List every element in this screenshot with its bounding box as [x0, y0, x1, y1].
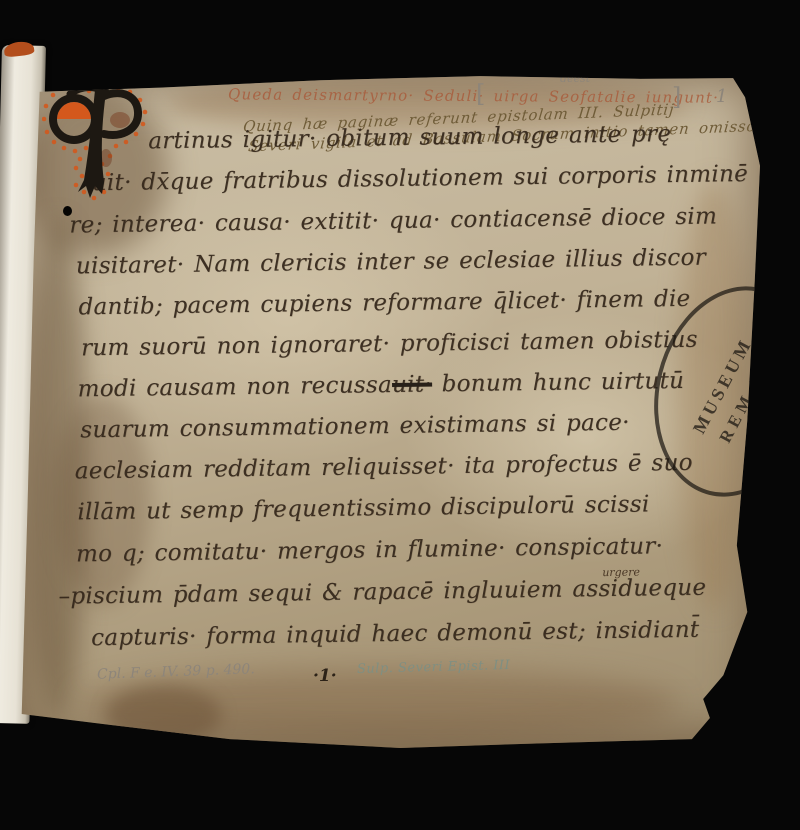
manuscript-line-with-strikethrough: modi causam non recussauit· bonum hunc u… — [78, 369, 685, 403]
manuscript-photo: deest Queda deismartyrno· Seduli· uirga … — [0, 0, 800, 830]
manuscript-line: –piscium p̄dam sequi & rapacē ingluuiem … — [58, 576, 706, 610]
manuscript-line: capturis· forma inquid haec demonū est; … — [91, 618, 700, 652]
manuscript-line: uit· dx̄que fratribus dissolutionem sui … — [92, 162, 749, 196]
manuscript-line: rum suorū non ignoraret· proficisci tame… — [81, 328, 698, 362]
manuscript-line: re; interea· causa· extitit· qua· contia… — [69, 204, 717, 238]
line-segment: modi causam non recussa — [78, 372, 393, 402]
struck-text: uit· — [392, 371, 432, 398]
illuminated-initial-M: M — [42, 86, 154, 206]
brown-smudge — [110, 112, 130, 128]
manuscript-line: artinus igitur· obitum suum longe ante p… — [148, 122, 671, 155]
parchment-page: deest Queda deismartyrno· Seduli· uirga … — [18, 70, 766, 750]
museum-stamp-text: MUSEUM REM EN — [689, 333, 781, 449]
footer-page-mark: ·1· — [313, 666, 337, 686]
interlinear-gloss: urgere — [602, 566, 640, 580]
manuscript-line: dantib; pacem cupiens reformare q̄licet·… — [78, 287, 690, 321]
manuscript-line: uisitaret· Nam clericis inter se eclesia… — [76, 246, 706, 280]
wormhole — [63, 206, 72, 216]
manuscript-line: illām ut semp frequentissimo discipulorū… — [77, 492, 650, 525]
manuscript-line: mo q; comitatu· mergos in flumine· consp… — [76, 534, 664, 567]
manuscript-line: suarum consummationem existimans si pace… — [80, 411, 630, 444]
manuscript-line: aeclesiam redditam reliquisset· ita prof… — [75, 451, 693, 485]
initial-drawing — [42, 86, 154, 206]
line-segment: bonum hunc uirtutū — [432, 368, 685, 398]
